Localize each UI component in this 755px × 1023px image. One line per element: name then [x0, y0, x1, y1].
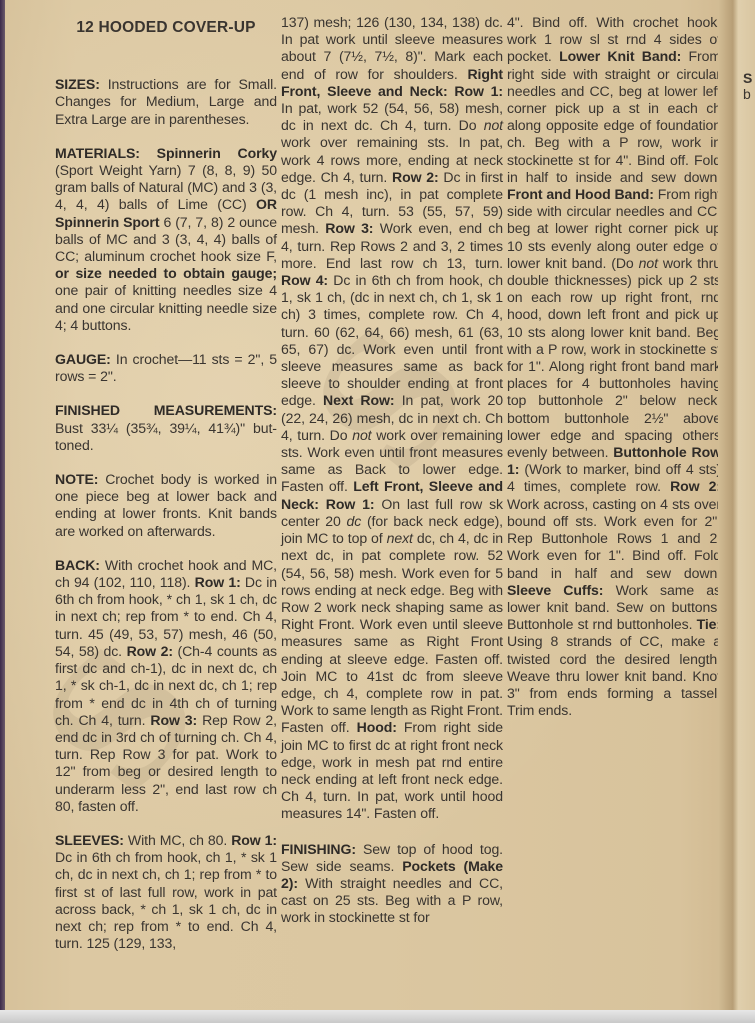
back-section: BACK: With crochet hook and MC, ch 94 (1… [55, 557, 277, 815]
materials-section: MATERIALS: Spinnerin Corky (Sport Weight… [55, 145, 277, 334]
pattern-title: 12 HOODED COVER-UP [55, 19, 277, 36]
column-1: 12 HOODED COVER-UP SIZES: Instructions a… [55, 14, 277, 952]
facing-page-fragment: b [743, 86, 751, 102]
gauge-section: GAUGE: In crochet—11 sts = 2", 5 rows = … [55, 351, 277, 385]
scan-bottom-edge [0, 1010, 755, 1023]
finished-measurements-section: FINISHED MEASUREMENTS: Bust 33¼ (35¾, 39… [55, 402, 277, 454]
book-spine-edge [0, 0, 5, 1010]
page-gutter: S b [718, 0, 755, 1010]
scanned-page: S S 12 HOODED COVER-UP SIZES: Instructio… [0, 0, 755, 1010]
sleeves-continued: 137) mesh; 126 (130, 134, 138) dc. In pa… [281, 14, 503, 823]
finishing-section: FINISHING: Sew top of hood tog. Sew side… [281, 841, 503, 927]
sizes-section: SIZES: Instructions are for Small. Chang… [55, 76, 277, 128]
facing-page-fragment: S [743, 70, 752, 86]
column-3: 4". Bind off. With crochet hook, work 1 … [507, 14, 721, 719]
note-section: NOTE: Crochet body is worked in one piec… [55, 471, 277, 540]
finishing-continued: 4". Bind off. With crochet hook, work 1 … [507, 14, 721, 719]
column-2: 137) mesh; 126 (130, 134, 138) dc. In pa… [281, 14, 503, 927]
sleeves-section: SLEEVES: With MC, ch 80. Row 1: Dc in 6t… [55, 832, 277, 952]
